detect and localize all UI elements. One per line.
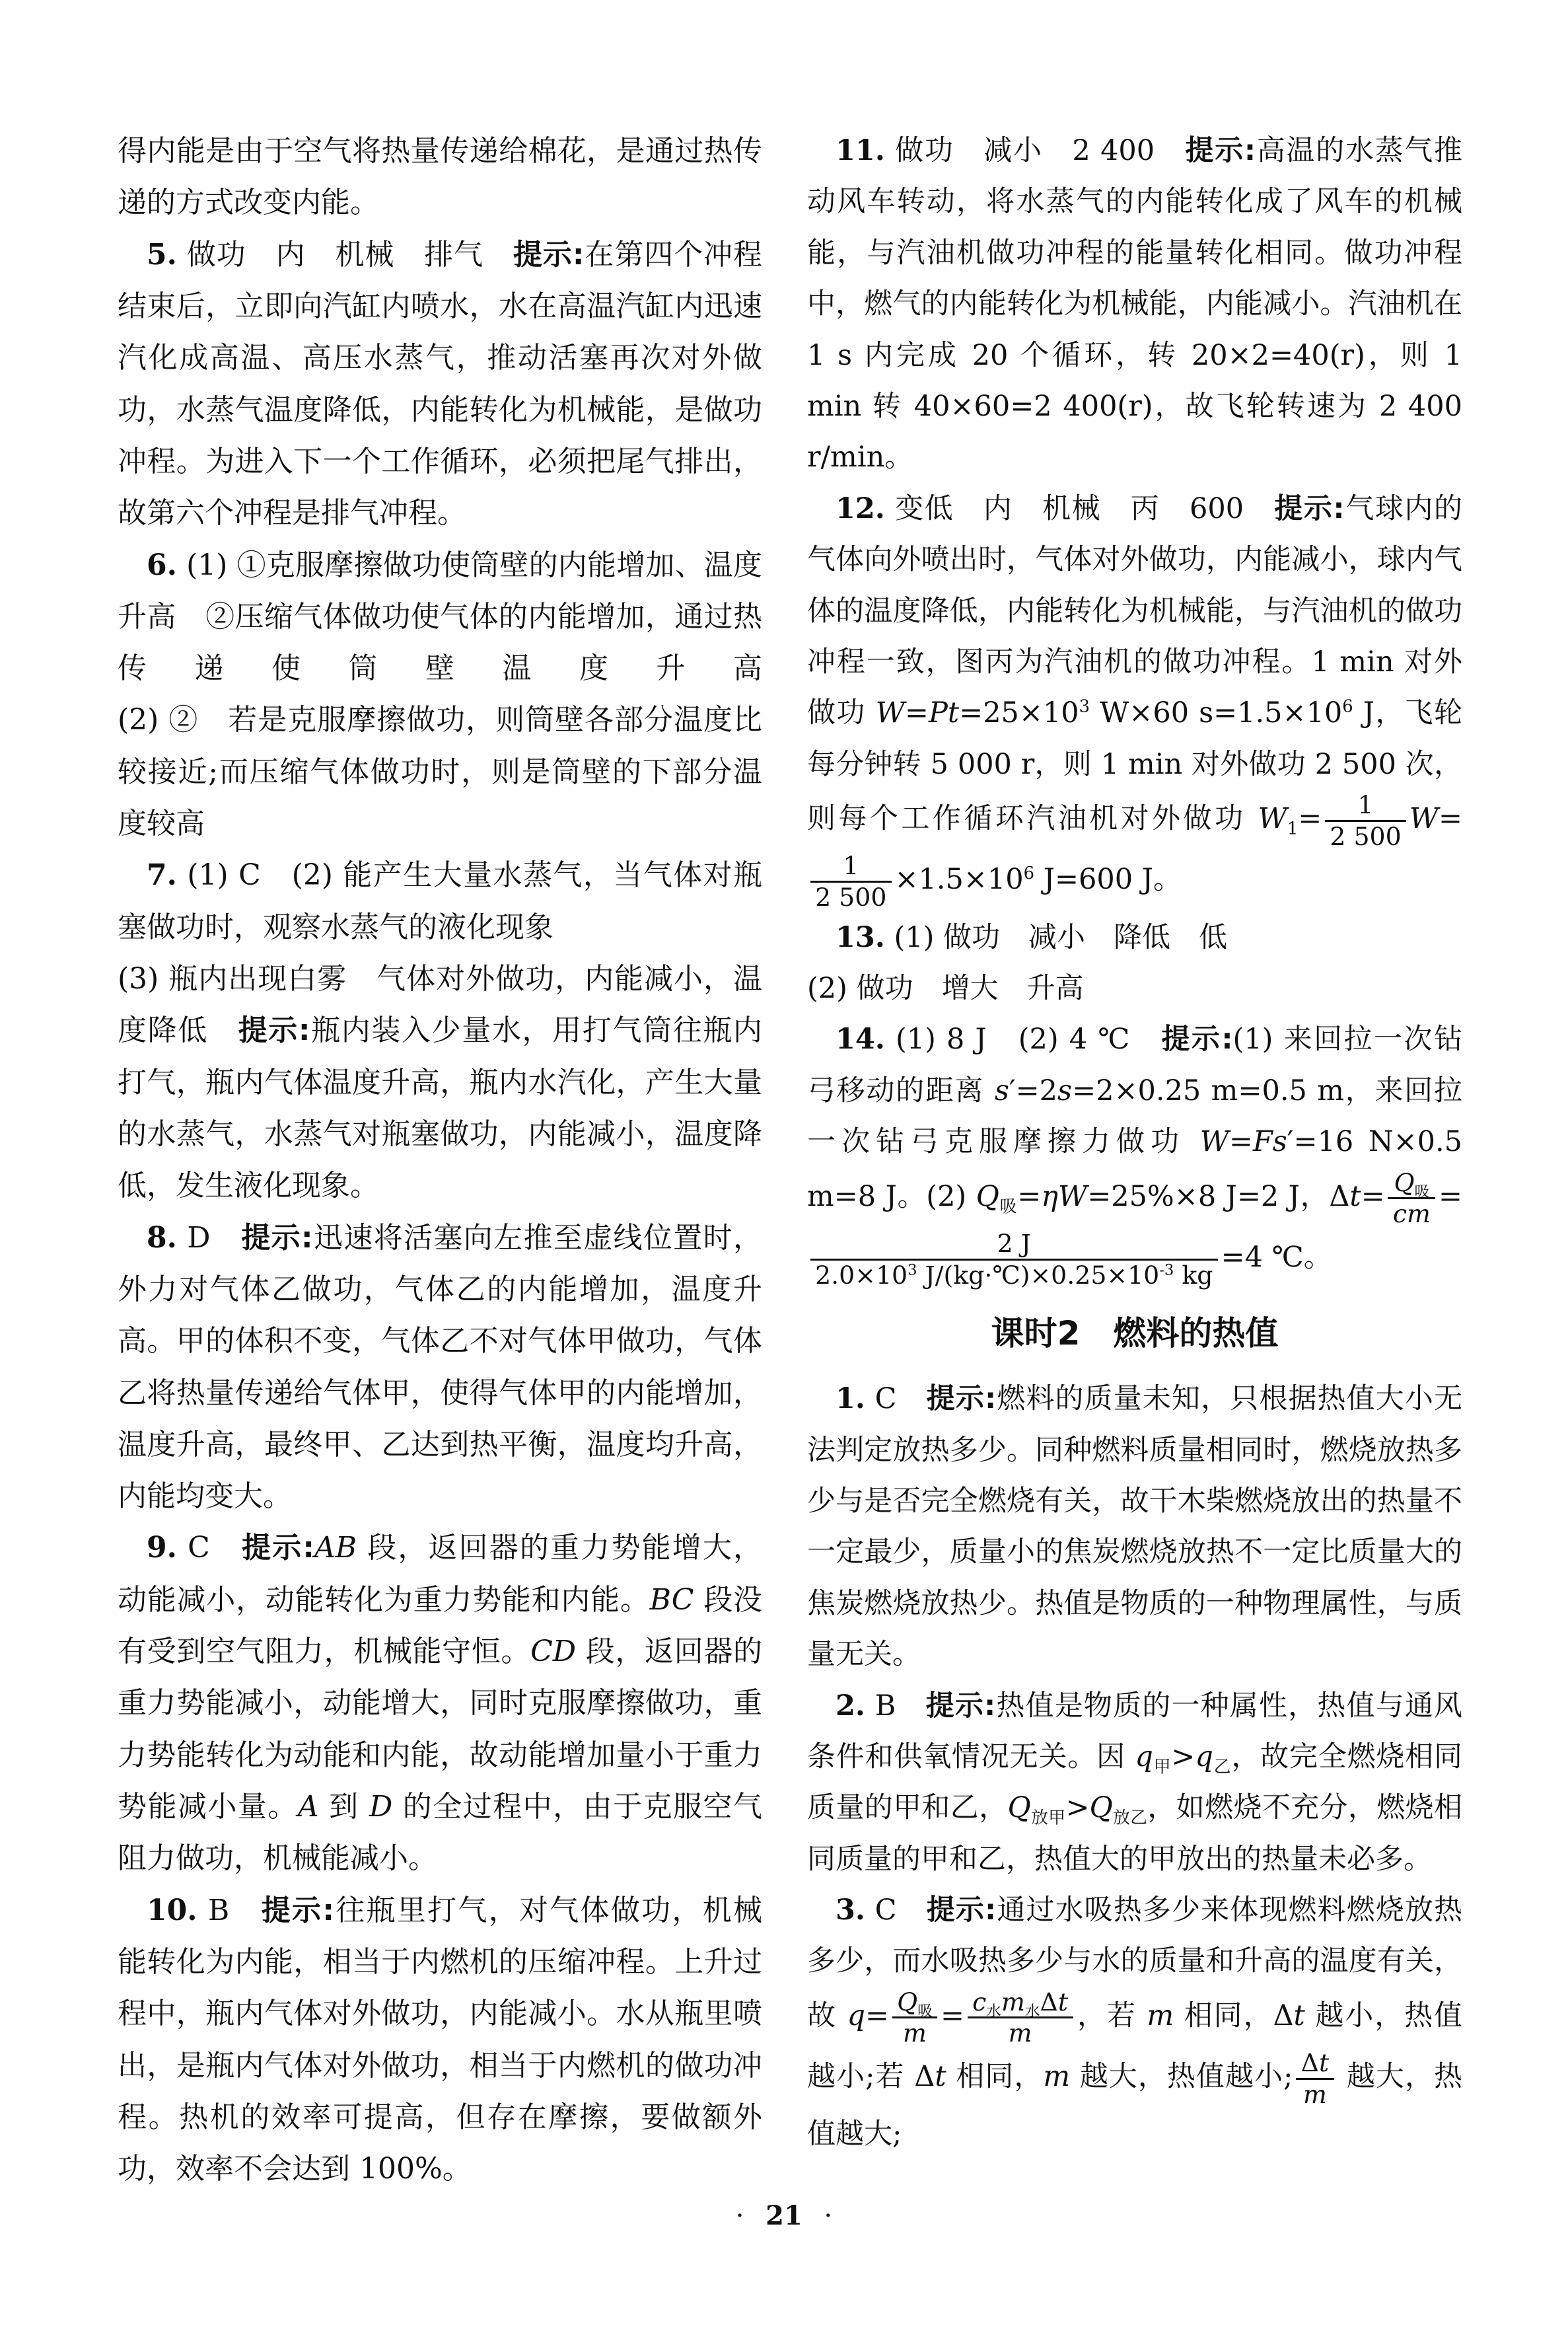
fraction: 2 J2.0×103 J/(kg·℃)×0.25×10-3 kg [810, 1229, 1219, 1290]
math-variable: s [995, 1074, 1009, 1107]
hint-label: 提示: [262, 1894, 334, 1927]
hint-label: 提示: [926, 1689, 996, 1722]
superscript: 6 [1024, 864, 1034, 883]
subscript: 水 [986, 2003, 1001, 2020]
item-number: 7. [147, 858, 177, 892]
subscript: 1 [1287, 819, 1298, 839]
superscript: 6 [1342, 697, 1353, 717]
math-variable: Q [1008, 1791, 1031, 1824]
hint-label: 提示: [241, 1221, 312, 1255]
answer-item-5: 5. 做功 内 机械 排气 提示:在第四个冲程结束后，立即向汽缸内喷水，水在高温… [118, 229, 762, 540]
fraction: 12 500 [810, 851, 892, 912]
footer-dot-left: · [736, 2201, 744, 2231]
item-number: 13. [836, 921, 885, 954]
answer-item-7-part1: 7. (1) C (2) 能产生大量水蒸气，当气体对瓶塞做功时，观察水蒸气的液化… [118, 850, 762, 953]
hint-label: 提示: [238, 1014, 310, 1047]
math-variable: m [1147, 1999, 1174, 2032]
subscript: 吸 [1415, 1183, 1430, 1200]
superscript: 3 [908, 1261, 917, 1278]
item-number: 5. [147, 238, 177, 272]
math-variable: m [1043, 2060, 1070, 2093]
math-variable: t [1294, 1999, 1305, 2032]
answer-item-9: 9. C 提示:AB 段，返回器的重力势能增大，动能减小，动能转化为重力势能和内… [118, 1522, 762, 1884]
subscript: 放甲 [1031, 1808, 1066, 1828]
item-number: 9. [147, 1531, 177, 1565]
fraction: 12 500 [1325, 790, 1406, 851]
math-variable: W [1200, 1125, 1229, 1158]
subscript: 放乙 [1113, 1808, 1148, 1828]
hint-label: 提示: [927, 1382, 996, 1415]
answer-item-3: 3. C 提示:通过水吸热多少来体现燃料燃烧放热多少，而水吸热多少与水的质量和升… [807, 1885, 1462, 2160]
item-number: 10. [147, 1894, 197, 1927]
math-variable: A [298, 1790, 319, 1824]
math-variable: ηW [1041, 1180, 1087, 1213]
answer-item-7-part3: (3) 瓶内出现白雾 气体对外做功，内能减小，温度降低 提示:瓶内装入少量水，用… [118, 953, 762, 1212]
answer-item-12: 12. 变低 内 机械 丙 600 提示:气球内的气体向外喷出时，气体对外做功，… [807, 484, 1462, 912]
hint-label: 提示: [1274, 492, 1344, 525]
item-number: 14. [836, 1023, 885, 1056]
subscript: 乙 [1213, 1757, 1231, 1777]
math-variable: t [1058, 1987, 1068, 2016]
answer-item-11: 11. 做功 减小 2 400 提示:高温的水蒸气推动风车转动，将水蒸气的内能转… [807, 126, 1462, 484]
math-variable: q [847, 1999, 865, 2032]
math-variable: cm [1393, 1199, 1431, 1228]
math-variable: c [972, 1987, 986, 2016]
item-number: 3. [836, 1894, 865, 1927]
item-number: 6. [147, 548, 177, 582]
math-variable: m [1303, 2080, 1327, 2109]
answer-item-2: 2. B 提示:热值是物质的一种属性，热值与通风条件和供氧情况无关。因 q甲>q… [807, 1681, 1462, 1886]
workbook-answer-page: 得内能是由于空气将热量传递给棉花，是通过热传递的方式改变内能。5. 做功 内 机… [0, 0, 1568, 2325]
math-variable: Pt [929, 696, 959, 729]
footer-dot-right: · [824, 2201, 833, 2231]
hint-label: 提示: [242, 1531, 314, 1565]
fraction: c水m水Δtm [968, 1987, 1073, 2048]
answer-item-6-part1: 6. (1) ①克服摩擦做功使筒壁的内能增加、温度升高 ②压缩气体做功使气体的内… [118, 540, 762, 695]
page-number: 21 [766, 2200, 802, 2231]
right-column: 11. 做功 减小 2 400 提示:高温的水蒸气推动风车转动，将水蒸气的内能转… [807, 126, 1462, 2160]
item-number: 12. [836, 492, 885, 525]
math-variable: m [1009, 2018, 1032, 2048]
math-variable: s [1057, 1074, 1072, 1107]
hint-label: 提示: [513, 238, 584, 272]
section-heading-keshi2: 课时2 燃料的热值 [807, 1312, 1462, 1355]
superscript: 3 [1079, 697, 1090, 717]
item-number: 8. [147, 1221, 177, 1255]
page-footer: · 21 · [0, 2200, 1568, 2231]
subscript: 吸 [917, 2003, 933, 2020]
subscript: 吸 [999, 1197, 1017, 1216]
math-variable: W [876, 696, 905, 729]
math-variable: Q [1089, 1791, 1112, 1824]
item-number: 11. [836, 134, 885, 167]
continuation-paragraph: 得内能是由于空气将热量传递给棉花，是通过热传递的方式改变内能。 [118, 126, 762, 229]
math-variable: t [1319, 2048, 1329, 2077]
superscript: -3 [1159, 1261, 1174, 1278]
math-variable: W [1258, 802, 1287, 835]
answer-item-6-part2: (2) ② 若是克服摩擦做功，则筒壁各部分温度比较接近;而压缩气体做功时，则是筒… [118, 694, 762, 850]
left-column: 得内能是由于空气将热量传递给棉花，是通过热传递的方式改变内能。5. 做功 内 机… [118, 126, 762, 2196]
fraction: Δtm [1296, 2048, 1334, 2109]
math-variable: q [1135, 1740, 1153, 1773]
math-variable: Q [976, 1180, 999, 1213]
math-variable: t [935, 2060, 946, 2093]
answer-item-14: 14. (1) 8 J (2) 4 ℃ 提示:(1) 来回拉一次钻弓移动的距离 … [807, 1014, 1462, 1290]
hint-label: 提示: [1186, 134, 1256, 167]
answer-item-1: 1. C 提示:燃料的质量未知，只根据热值大小无法判定放热多少。同种燃料质量相同… [807, 1374, 1462, 1680]
answer-item-13-part1: 13. (1) 做功 减小 降低 低 [807, 912, 1462, 963]
item-number: 2. [836, 1689, 865, 1722]
math-variable: Q [897, 1987, 917, 2016]
math-variable: Fs [1253, 1125, 1287, 1158]
math-variable: BC [650, 1583, 694, 1617]
subscript: 水 [1025, 2003, 1040, 2020]
math-variable: D [369, 1790, 392, 1824]
math-variable: CD [530, 1635, 576, 1668]
item-number: 1. [836, 1382, 865, 1415]
answer-item-13-part2: (2) 做功 增大 升高 [807, 963, 1462, 1014]
answer-item-8: 8. D 提示:迅速将活塞向左推至虚线位置时，外力对气体乙做功，气体乙的内能增加… [118, 1212, 762, 1523]
math-variable: q [1195, 1740, 1213, 1773]
hint-label: 提示: [927, 1894, 996, 1927]
math-variable: W [1409, 802, 1439, 835]
subscript: 甲 [1153, 1757, 1171, 1777]
fraction: Q吸m [892, 1987, 938, 2048]
answer-item-10: 10. B 提示:往瓶里打气，对气体做功，机械能转化为内能，相当于内燃机的压缩冲… [118, 1885, 762, 2196]
math-variable: m [1001, 1987, 1025, 2016]
hint-label: 提示: [1161, 1023, 1232, 1056]
math-variable: AB [314, 1531, 357, 1565]
math-variable: m [903, 2018, 927, 2048]
fraction: Q吸cm [1388, 1168, 1435, 1229]
math-variable: t [1349, 1180, 1361, 1213]
math-variable: Q [1394, 1168, 1414, 1197]
